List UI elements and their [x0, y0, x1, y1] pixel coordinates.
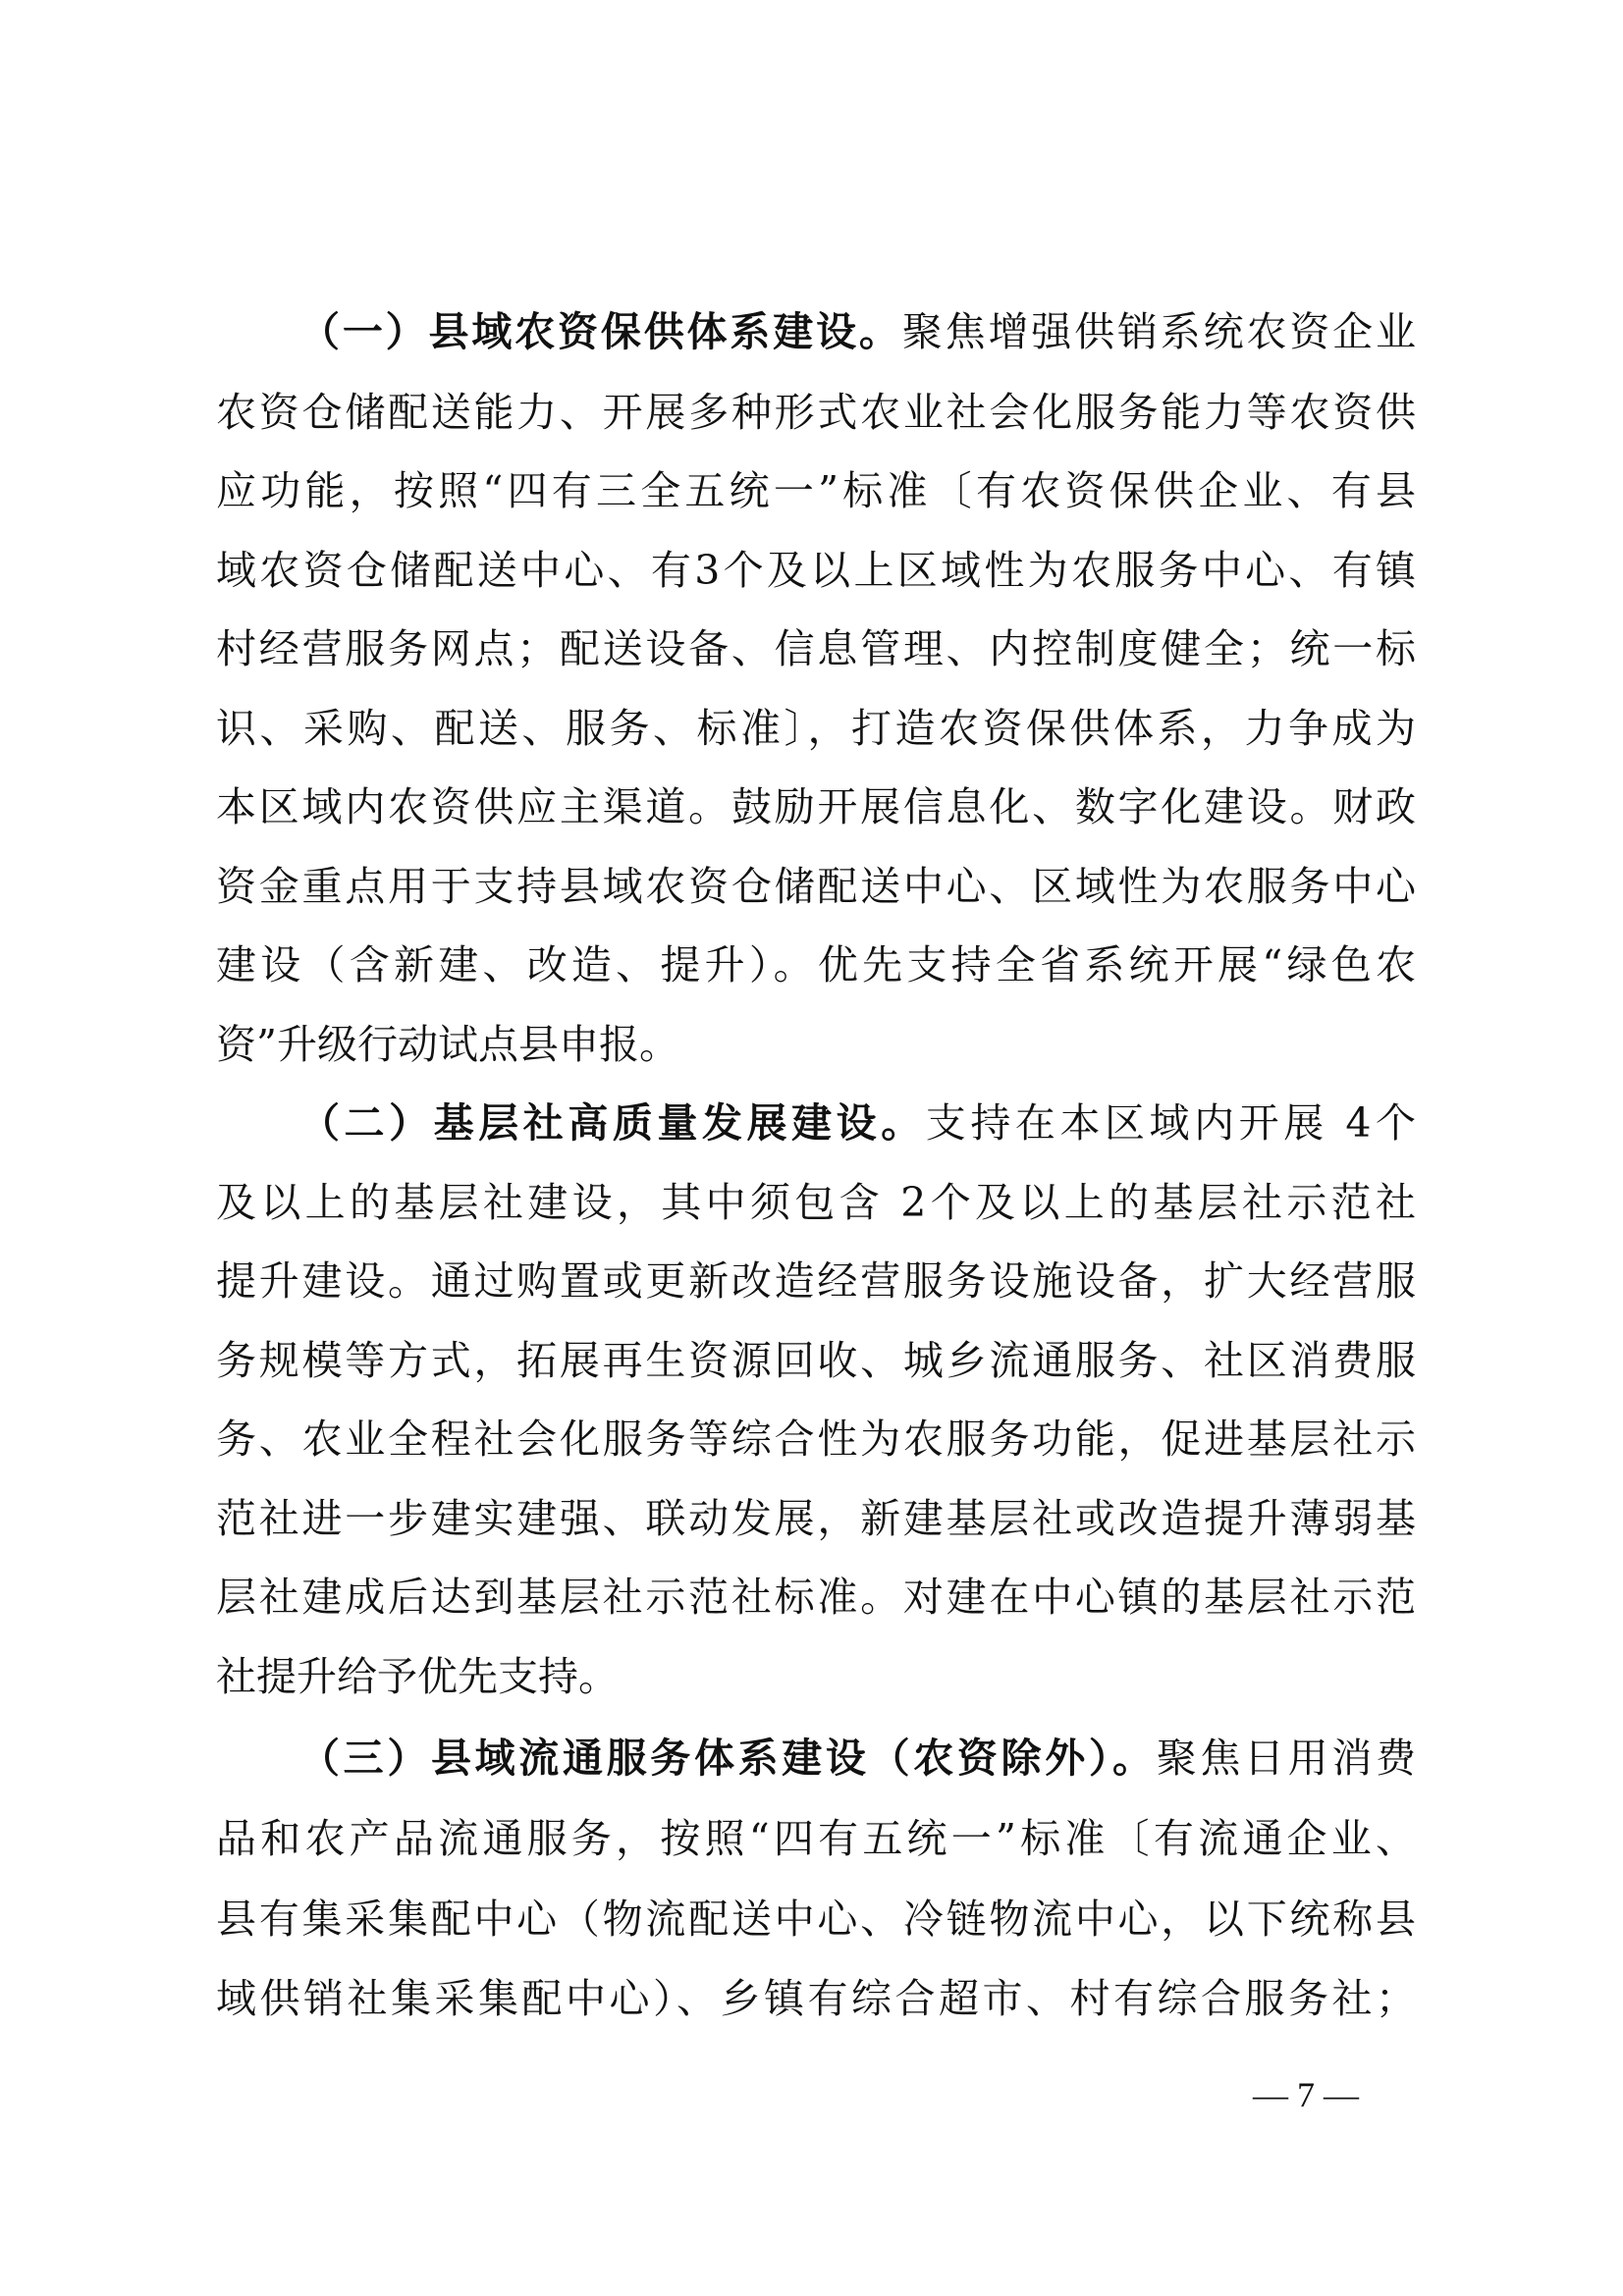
paragraph-line: 提升建设。通过购置或更新改造经营服务设施设备，扩大经营服 — [216, 1256, 1416, 1306]
section-3-text: 聚焦日用消费 — [1157, 1735, 1416, 1782]
paragraph-line: 农资仓储配送能力、开展多种形式农业社会化服务能力等农资供 — [216, 388, 1416, 437]
paragraph-line: 域供销社集采集配中心）、乡镇有综合超市、村有综合服务社； — [216, 1974, 1416, 2023]
paragraph-line: 务规模等方式，拓展再生资源回收、城乡流通服务、社区消费服 — [216, 1336, 1416, 1385]
paragraph-line: 资”升级行动试点县申报。 — [216, 1020, 1416, 1069]
paragraph-line: 应功能，按照“四有三全五统一”标准〔有农资保供企业、有县 — [216, 466, 1416, 515]
paragraph-line: 及以上的基层社建设，其中须包含 2个及以上的基层社示范社 — [216, 1178, 1416, 1227]
section-3-heading: （三）县域流通服务体系建设（农资除外）。 — [299, 1735, 1157, 1782]
document-page: （一）县域农资保供体系建设。聚焦增强供销系统农资企业 农资仓储配送能力、开展多种… — [0, 0, 1623, 2296]
section-1-heading: （一）县域农资保供体系建设。 — [299, 308, 902, 355]
paragraph-line: 本区域内农资供应主渠道。鼓励开展信息化、数字化建设。财政 — [216, 782, 1416, 831]
page-number: — 7 — — [1232, 2073, 1380, 2116]
section-3-line-1: （三）县域流通服务体系建设（农资除外）。聚焦日用消费 — [299, 1734, 1416, 1783]
paragraph-line: 品和农产品流通服务，按照“四有五统一”标准〔有流通企业、 — [216, 1814, 1416, 1863]
paragraph-line: 社提升给予优先支持。 — [216, 1652, 1416, 1701]
paragraph-line: 资金重点用于支持县域农资仓储配送中心、区域性为农服务中心 — [216, 862, 1416, 911]
paragraph-line: 务、农业全程社会化服务等综合性为农服务功能，促进基层社示 — [216, 1415, 1416, 1464]
section-2-heading: （二）基层社高质量发展建设。 — [299, 1099, 926, 1147]
paragraph-line: 域农资仓储配送中心、有3个及以上区域性为农服务中心、有镇 — [216, 546, 1416, 595]
paragraph-line: 村经营服务网点；配送设备、信息管理、内控制度健全；统一标 — [216, 624, 1416, 673]
paragraph-line: 县有集采集配中心（物流配送中心、冷链物流中心，以下统称县 — [216, 1895, 1416, 1944]
section-2-line-1: （二）基层社高质量发展建设。支持在本区域内开展 4个 — [299, 1098, 1416, 1148]
paragraph-line: 层社建成后达到基层社示范社标准。对建在中心镇的基层社示范 — [216, 1573, 1416, 1622]
section-1-line-1: （一）县域农资保供体系建设。聚焦增强供销系统农资企业 — [299, 307, 1416, 356]
paragraph-line: 识、采购、配送、服务、标准〕，打造农资保供体系，力争成为 — [216, 704, 1416, 753]
paragraph-line: 范社进一步建实建强、联动发展，新建基层社或改造提升薄弱基 — [216, 1494, 1416, 1543]
paragraph-line: 建设（含新建、改造、提升）。优先支持全省系统开展“绿色农 — [216, 940, 1416, 989]
section-2-text: 支持在本区域内开展 4个 — [926, 1099, 1416, 1147]
section-1-text: 聚焦增强供销系统农资企业 — [902, 308, 1416, 355]
